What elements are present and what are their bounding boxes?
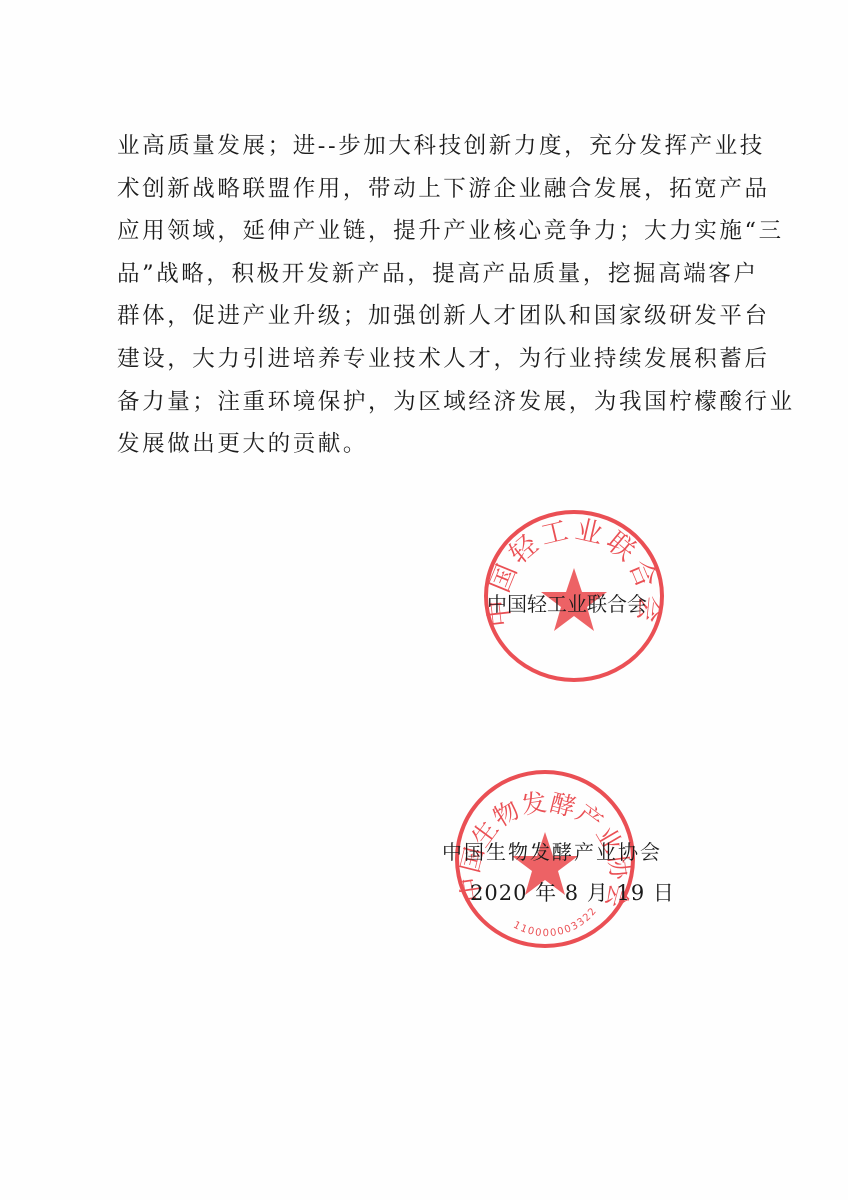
body-line-1: 业高质量发展；进--步加大科技创新力度，充分发挥产业技 — [117, 125, 733, 168]
body-line-4: 品”战略，积极开发新产品，提高产品质量，挖掘高端客户 — [117, 253, 733, 296]
body-line-3: 应用领域，延伸产业链，提升产业核心竞争力；大力实施“三 — [117, 210, 733, 253]
document-page: 业高质量发展；进--步加大科技创新力度，充分发挥产业技 术创新战略联盟作用，带动… — [0, 0, 848, 1200]
body-line-2: 术创新战略联盟作用，带动上下游企业融合发展，拓宽产品 — [117, 168, 733, 211]
body-line-8: 发展做出更大的贡献。 — [117, 423, 737, 466]
body-line-7: 备力量；注重环境保护，为区域经济发展，为我国柠檬酸行业 — [117, 381, 733, 424]
body-line-5: 群体，促进产业升级；加强创新人才团队和国家级研发平台 — [117, 295, 733, 338]
signature-org-2: 中国生物发酵产业协会 — [442, 836, 662, 865]
body-line-6: 建设，大力引进培养专业技术人才，为行业持续发展积蓄后 — [117, 338, 733, 381]
signature-org-1: 中国轻工业联合会 — [487, 588, 647, 617]
svg-text:110000003322: 110000003322 — [511, 905, 599, 939]
signature-date: 2020 年 8 月 19 日 — [470, 877, 675, 907]
body-paragraph: 业高质量发展；进--步加大科技创新力度，充分发挥产业技 术创新战略联盟作用，带动… — [117, 125, 737, 466]
